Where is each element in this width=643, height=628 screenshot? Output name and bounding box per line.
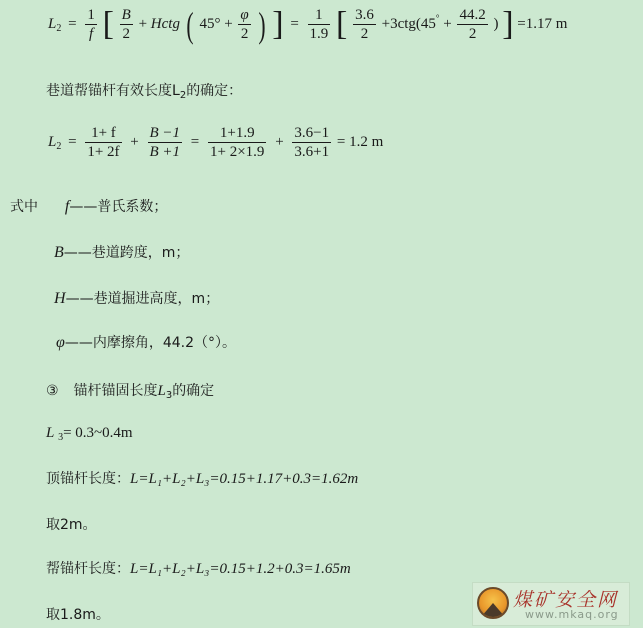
label: 顶锚杆长度： <box>46 471 130 487</box>
mountain-logo-icon <box>477 587 509 619</box>
heading-suffix: 的确定： <box>186 83 242 99</box>
angle: 45° <box>199 16 220 32</box>
heading-text: 锚杆锚固长度 <box>73 383 157 399</box>
symbol: φ <box>56 334 65 351</box>
desc: ——内摩擦角，44.2（°）。 <box>65 335 236 351</box>
formula-l2-side: L2 = 1+ f1+ 2f + B −1B +1 = 1+1.91+ 2×1.… <box>48 124 383 161</box>
expression: L=L₁+L₂+L₃=0.15+1.17+0.3=1.62m <box>130 471 358 487</box>
symbol: L <box>157 383 165 399</box>
equals: = <box>290 16 298 32</box>
circled-number: ③ <box>46 383 59 399</box>
fraction: 11.9 <box>308 6 331 43</box>
paren-close: ) <box>259 7 266 43</box>
definition-b: B——巷道跨度，m； <box>54 242 189 262</box>
paren-close: ) <box>493 16 498 32</box>
symbol: H <box>54 290 66 307</box>
desc: ——巷道掘进高度，m； <box>66 291 220 307</box>
side-bolt-take: 取1.8m。 <box>46 604 110 624</box>
bracket-open: [ <box>103 6 114 43</box>
fraction: 3.6−13.6+1 <box>292 124 331 161</box>
fraction: B −1B +1 <box>148 124 183 161</box>
fraction: 1f <box>85 6 97 43</box>
subscript: 2 <box>56 141 61 152</box>
fraction: 1+ f1+ 2f <box>85 124 121 161</box>
paren-open: ( <box>186 7 193 43</box>
side-bolt-length: 帮锚杆长度：L=L₁+L₂+L₃=0.15+1.2+0.3=1.65m <box>46 558 351 578</box>
desc: ——巷道跨度，m； <box>64 245 190 261</box>
l3-value: L 3= 0.3~0.4m <box>46 425 133 443</box>
definition-f: 式中 f——普氏系数； <box>10 196 167 216</box>
subscript: 2 <box>56 23 61 34</box>
intro-label: 式中 <box>10 199 38 215</box>
bracket-close: ] <box>502 6 513 43</box>
fraction: 44.22 <box>457 6 487 43</box>
label: 帮锚杆长度： <box>46 561 130 577</box>
ctg-term: +3ctg(45 <box>382 16 436 32</box>
expression: L=L₁+L₂+L₃=0.15+1.2+0.3=1.65m <box>130 561 351 577</box>
result: = 1.2 m <box>337 134 383 150</box>
result: =1.17 m <box>517 16 567 32</box>
fraction: 1+1.91+ 2×1.9 <box>208 124 266 161</box>
bracket-open: [ <box>336 6 347 43</box>
equals: = <box>68 134 76 150</box>
top-bolt-take: 取2m。 <box>46 514 97 534</box>
formula-l2-roof: L2 = 1f [ B2 + Hctg ( 45° + φ2 ) ] = 11.… <box>48 6 567 43</box>
plus: + <box>443 16 451 32</box>
value: = 0.3~0.4m <box>63 425 133 441</box>
bracket-close: ] <box>272 6 283 43</box>
hctg-term: Hctg <box>151 16 180 32</box>
equals: = <box>68 16 76 32</box>
symbol: B <box>54 244 64 261</box>
desc: ——普氏系数； <box>69 199 167 215</box>
heading-text: 巷道帮锚杆有效长度L <box>46 83 180 99</box>
plus: + <box>275 134 283 150</box>
plus: + <box>224 16 232 32</box>
fraction: B2 <box>120 6 133 43</box>
fraction: 3.62 <box>353 6 376 43</box>
take-value: 取2m。 <box>46 517 97 533</box>
fraction: φ2 <box>238 6 250 43</box>
heading-suffix: 的确定 <box>172 383 214 399</box>
equals: = <box>191 134 199 150</box>
symbol: L <box>46 425 54 441</box>
definition-h: H——巷道掘进高度，m； <box>54 288 219 308</box>
watermark-url: www.mkaq.org <box>525 608 619 621</box>
plus: + <box>139 16 147 32</box>
watermark-logo: 煤矿安全网 www.mkaq.org <box>472 582 630 626</box>
top-bolt-length: 顶锚杆长度：L=L₁+L₂+L₃=0.15+1.17+0.3=1.62m <box>46 468 358 488</box>
degree: ° <box>436 13 440 23</box>
heading-l2: 巷道帮锚杆有效长度L2的确定： <box>46 80 242 101</box>
heading-l3: ③ 锚杆锚固长度L3的确定 <box>46 380 214 401</box>
plus: + <box>130 134 138 150</box>
take-value: 取1.8m。 <box>46 607 110 623</box>
definition-phi: φ——内摩擦角，44.2（°）。 <box>56 332 236 352</box>
